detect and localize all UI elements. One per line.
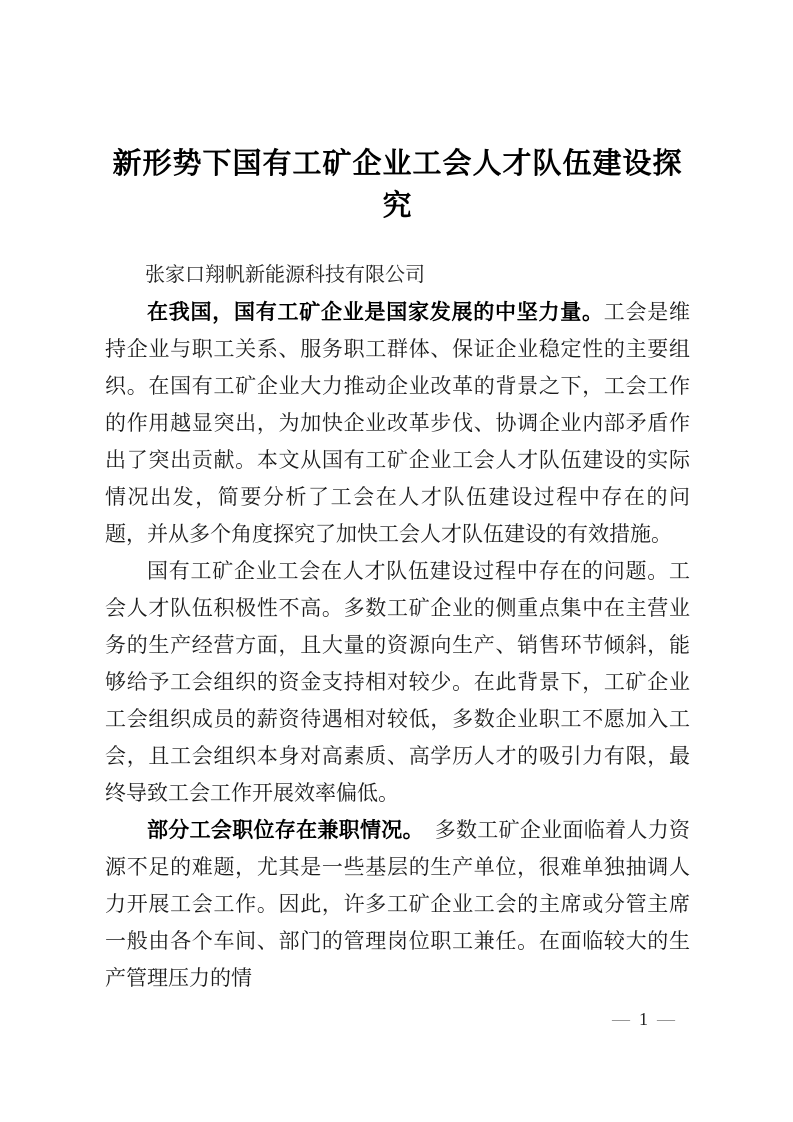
page-footer: —1— [612,1007,675,1031]
paragraph: 在我国，国有工矿企业是国家发展的中坚力量。工会是维持企业与职工关系、服务职工群体… [105,294,690,553]
footer-dash-right: — [657,1009,675,1029]
paragraph-lead-bold: 在我国，国有工矿企业是国家发展的中坚力量。 [147,301,604,324]
paragraph: 国有工矿企业工会在人才队伍建设过程中存在的问题。工会人才队伍积极性不高。多数工矿… [105,553,690,812]
paragraph: 部分工会职位存在兼职情况。 多数工矿企业面临着人力资源不足的难题，尤其是一些基层… [105,812,690,997]
page-title: 新形势下国有工矿企业工会人才队伍建设探究 [105,143,690,227]
byline-company: 张家口翔帆新能源科技有限公司 [105,257,690,294]
paragraph-text: 国有工矿企业工会在人才队伍建设过程中存在的问题。工会人才队伍积极性不高。多数工矿… [105,559,690,805]
paragraph-text: 多数工矿企业面临着人力资源不足的难题，尤其是一些基层的生产单位，很难单独抽调人力… [105,818,690,990]
footer-dash-left: — [612,1009,630,1029]
paragraph-text: 工会是维持企业与职工关系、服务职工群体、保证企业稳定性的主要组织。在国有工矿企业… [105,300,690,546]
paragraph-lead-bold: 部分工会职位存在兼职情况。 [147,819,413,842]
page-number: 1 [630,1009,657,1029]
document-page: 新形势下国有工矿企业工会人才队伍建设探究 张家口翔帆新能源科技有限公司 在我国，… [0,0,793,1122]
